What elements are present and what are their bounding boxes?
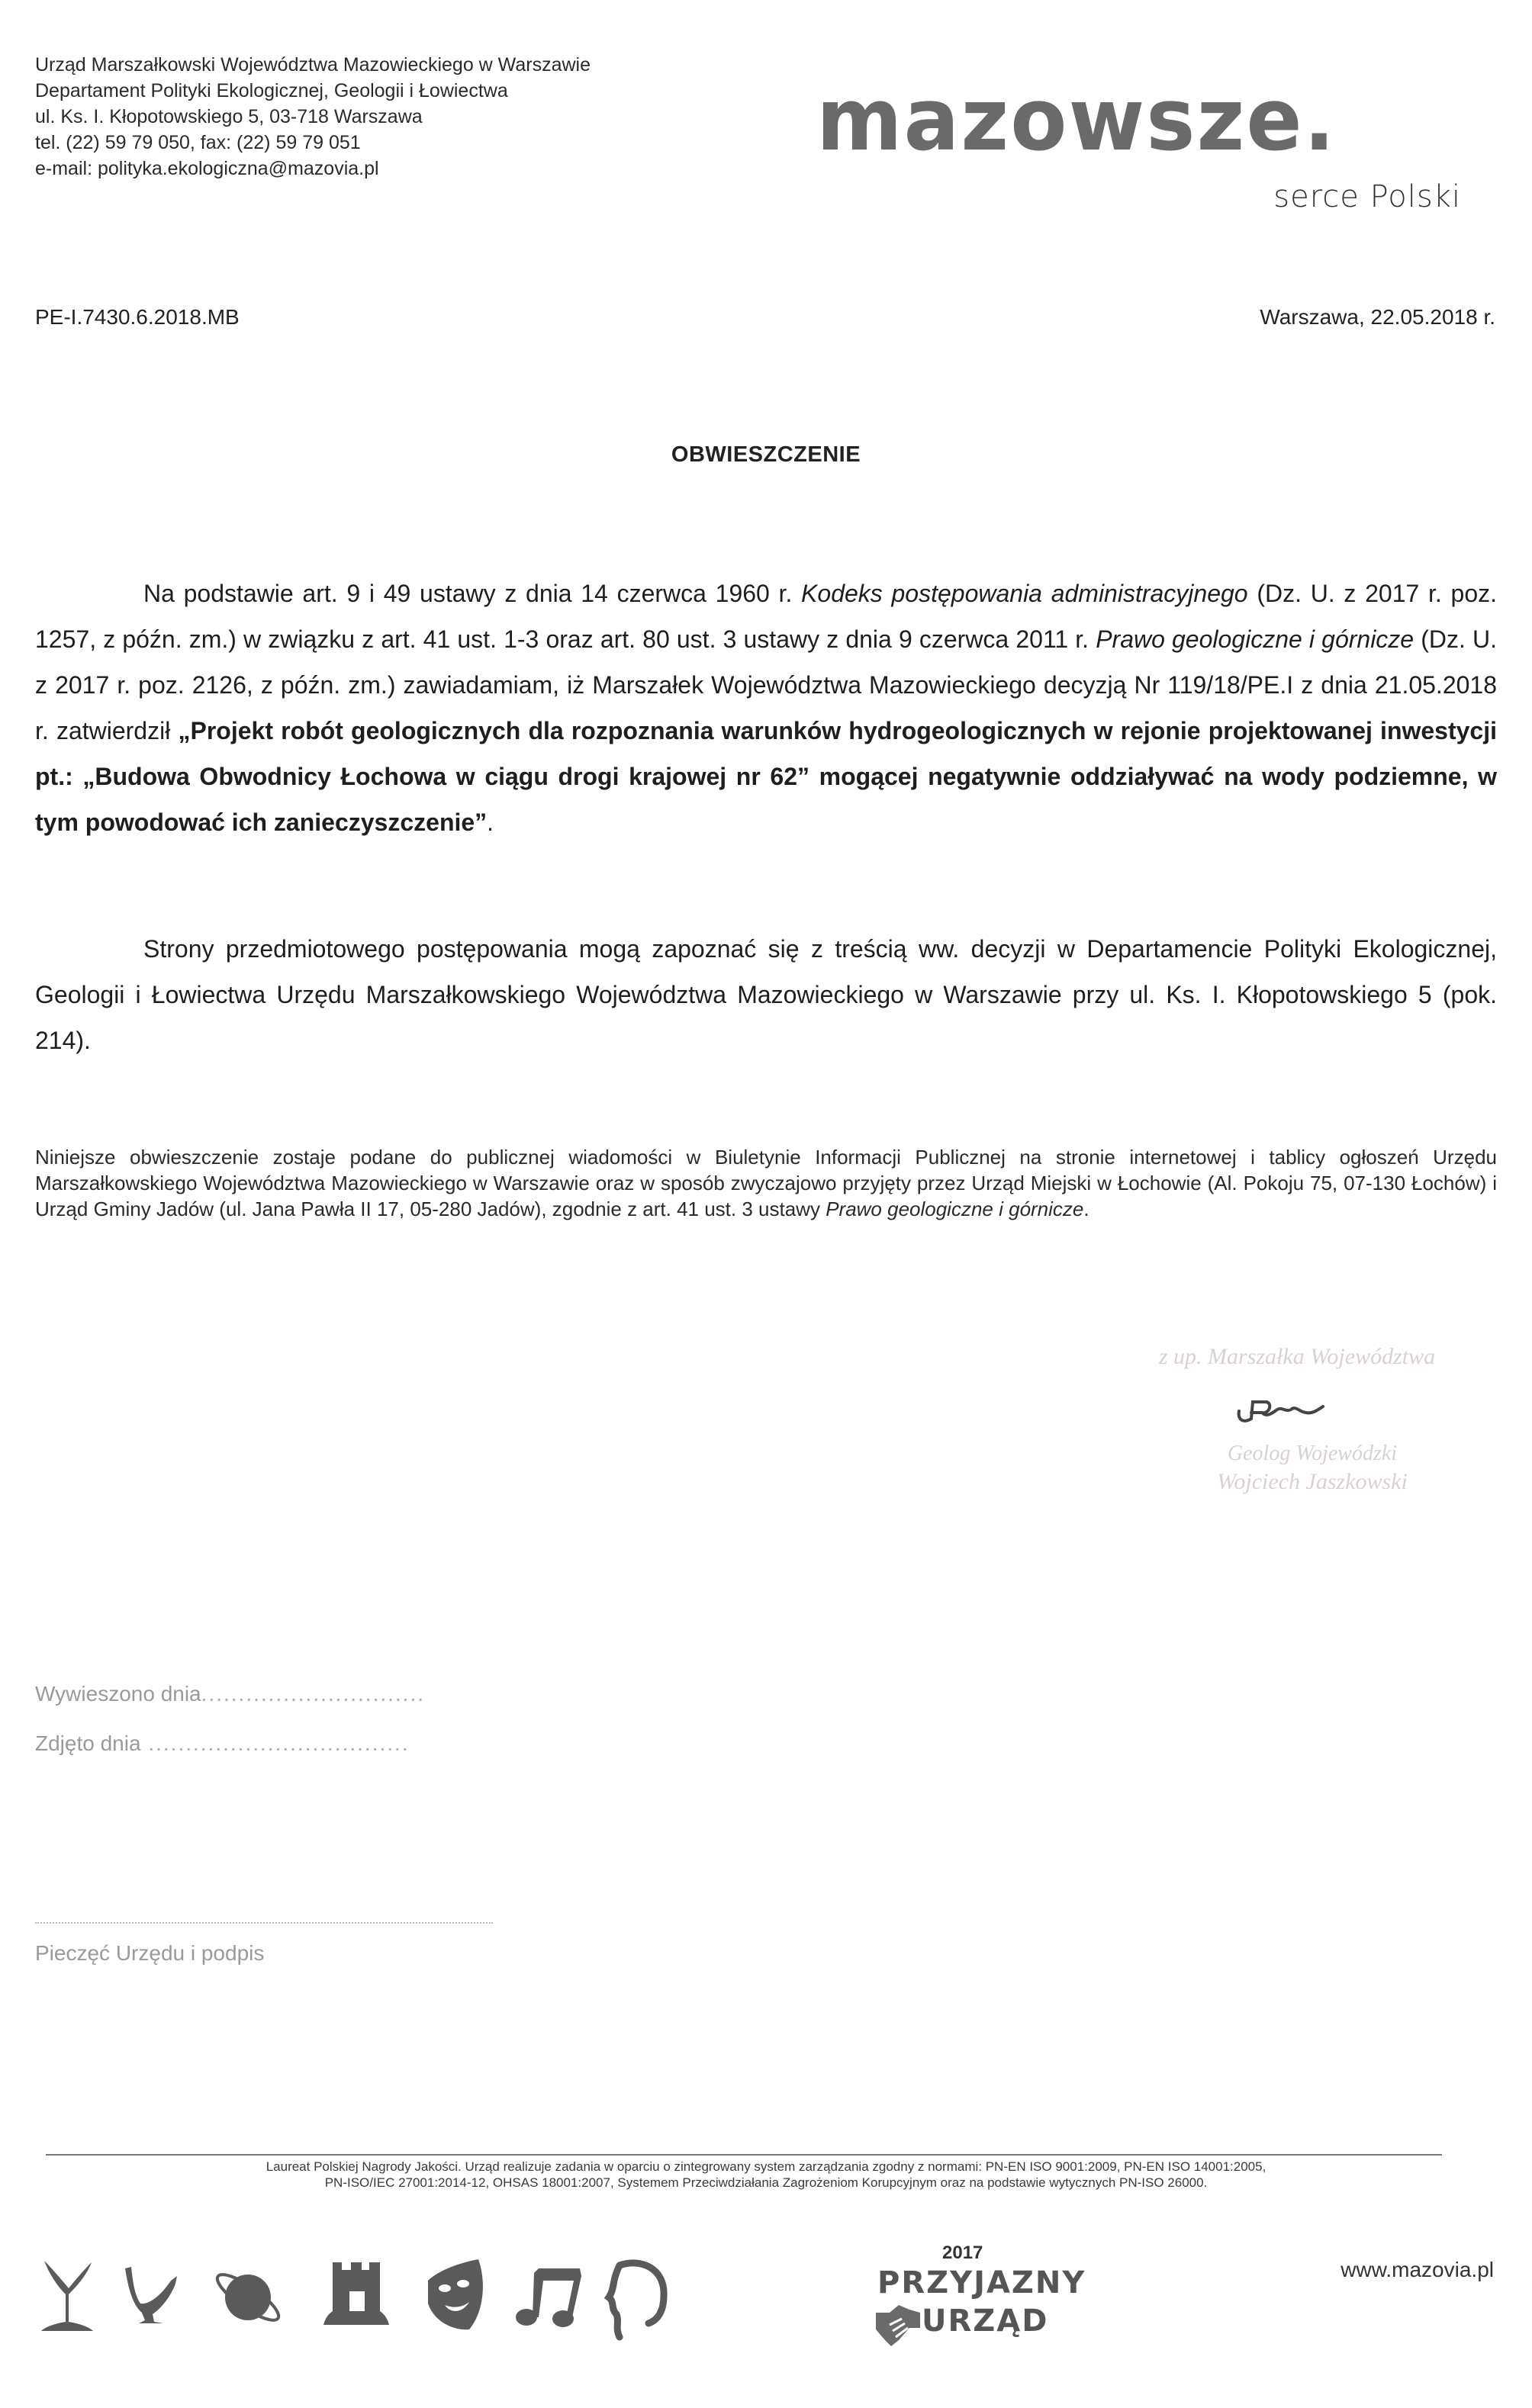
head-profile-icon (603, 2258, 671, 2342)
access-paragraph: Strony przedmiotowego postępowania mogą … (35, 926, 1497, 1063)
document-title: OBWIESZCZENIE (0, 442, 1532, 468)
theatre-mask-icon (423, 2258, 492, 2334)
website-link[interactable]: www.mazovia.pl (1340, 2258, 1494, 2282)
badge-line2: URZĄD (922, 2304, 1048, 2339)
stamp-line: Wojciech Jaszkowski (1122, 1469, 1503, 1495)
badge-year: 2017 (942, 2242, 983, 2264)
footer-line: PN-ISO/IEC 27001:2014-12, OHSAS 18001:20… (0, 2175, 1532, 2191)
seal-label: Pieczęć Urzędu i podpis (35, 1941, 264, 1966)
music-note-icon (511, 2258, 587, 2334)
stamp-line: Geolog Wojewódzki (1122, 1442, 1503, 1466)
note-text: Niniejsze obwieszczenie zostaje podane d… (35, 1146, 1497, 1220)
posted-date-field: Wywieszono dnia.........................… (35, 1682, 425, 1706)
law-title: Kodeks postępowania administracyjnego (801, 580, 1248, 607)
signature (1236, 1396, 1358, 1434)
text: . (487, 809, 494, 836)
posted-blank: .............................. (201, 1682, 425, 1706)
law-title: Prawo geologiczne i górnicze (1096, 625, 1414, 653)
bird-icon (122, 2258, 183, 2334)
main-paragraph: Na podstawie art. 9 i 49 ustawy z dnia 1… (35, 571, 1497, 845)
sender-office: Urząd Marszałkowski Województwa Mazowiec… (35, 52, 591, 78)
sender-phone: tel. (22) 59 79 050, fax: (22) 59 79 051 (35, 130, 591, 156)
sender-department: Departament Polityki Ekologicznej, Geolo… (35, 78, 591, 104)
removed-date-field: Zdjęto dnia ............................… (35, 1731, 410, 1756)
castle-tower-icon (319, 2258, 395, 2334)
publication-note: Niniejsze obwieszczenie zostaje podane d… (35, 1144, 1497, 1222)
sender-email: e-mail: polityka.ekologiczna@mazovia.pl (35, 156, 591, 182)
access-text: Strony przedmiotowego postępowania mogą … (35, 926, 1497, 1063)
seal-signature-line (35, 1922, 493, 1924)
note-end: . (1083, 1198, 1089, 1220)
goblet-icon (38, 2258, 99, 2334)
footer-divider (46, 2154, 1442, 2156)
logo-wordmark: mazowsze. (816, 70, 1337, 170)
handshake-icon (876, 2302, 920, 2348)
regional-symbols (38, 2258, 649, 2342)
project-title: „Projekt robót geologicznych dla rozpozn… (35, 717, 1497, 836)
text: Na podstawie art. 9 i 49 ustawy z dnia 1… (143, 580, 801, 607)
stamp-line: z up. Marszałka Województwa (1091, 1344, 1503, 1370)
logo-tagline: serce Polski (1273, 179, 1461, 214)
sender-street: ul. Ks. I. Kłopotowskiego 5, 03-718 Wars… (35, 104, 591, 130)
place-date: Warszawa, 22.05.2018 r. (1260, 305, 1495, 330)
badge-line1: PRZYJAZNY (877, 2265, 1086, 2300)
law-title: Prawo geologiczne i górnicze (826, 1198, 1083, 1220)
planet-icon (210, 2258, 286, 2334)
removed-label: Zdjęto dnia (35, 1731, 141, 1755)
friendly-office-badge: 2017 PRZYJAZNY URZĄD (839, 2242, 1030, 2357)
mazowsze-logo: mazowsze. serce Polski (816, 72, 1488, 217)
posted-label: Wywieszono dnia (35, 1682, 201, 1706)
removed-blank: ................................... (141, 1731, 410, 1755)
sender-address-block: Urząd Marszałkowski Województwa Mazowiec… (35, 52, 591, 182)
footer-quality-text: Laureat Polskiej Nagrody Jakości. Urząd … (0, 2159, 1532, 2191)
footer-line: Laureat Polskiej Nagrody Jakości. Urząd … (0, 2159, 1532, 2175)
reference-number: PE-I.7430.6.2018.MB (35, 305, 240, 330)
